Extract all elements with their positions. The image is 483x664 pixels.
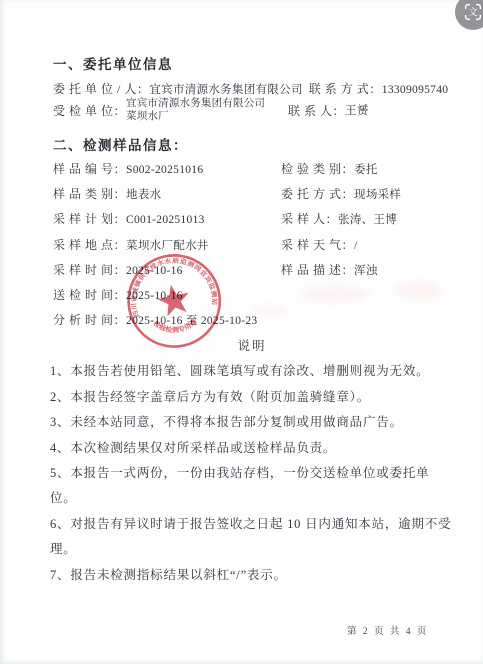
- ink-smudge: [395, 282, 443, 300]
- ink-smudge: [300, 286, 370, 302]
- field-value: 张涛、王博: [338, 214, 397, 226]
- field-value: 现场采样: [354, 189, 401, 201]
- notes-title: 说明: [50, 334, 454, 359]
- field-value: /: [354, 240, 358, 252]
- field-value: S002-20251016: [126, 164, 203, 176]
- ocr-extract-text-button[interactable]: 文: [455, 0, 483, 30]
- field-label: 样 品 类 别：: [53, 187, 126, 201]
- field-value: C001-20251013: [126, 214, 205, 226]
- client-row: 委 托 单 位 / 人： 宜宾市清源水务集团有限公司 联 系 方 式： 1330…: [53, 80, 454, 97]
- sample-info-row: 采 样 地 点：菜坝水厂配水井 采 样 天 气：/: [53, 236, 453, 254]
- sample-info-row: 送 检 时 间：2025-10-16: [53, 286, 453, 304]
- field-value: 2025-10-16: [126, 290, 183, 302]
- field-label: 样 品 描 述：: [281, 263, 354, 277]
- inspected-value-line2: 菜坝水厂: [126, 110, 288, 123]
- field-label: 送 检 时 间：: [53, 288, 126, 302]
- client-contact-label: 联 系 方 式：: [309, 80, 382, 97]
- client-label: 委 托 单 位 / 人：: [53, 80, 149, 97]
- scanned-report-page: 文 一、委托单位信息 委 托 单 位 / 人： 宜宾市清源水务集团有限公司 联 …: [0, 0, 483, 664]
- field-label: 采 样 天 气：: [281, 238, 354, 252]
- note-item: 3、未经本站同意，不得将本报告部分复制或用做商品广告。: [50, 410, 454, 435]
- sample-info-row: 样 品 编 号：S002-20251016 检 验 类 别：委托: [53, 160, 453, 178]
- note-item: 6、对报告有异议时请于报告签收之日起 10 日内通知本站，逾期不受理。: [50, 512, 454, 563]
- inspected-contact-value: 王赟: [345, 102, 369, 118]
- note-item: 4、本次检测结果仅对所采样品或送检样品负责。: [50, 436, 454, 461]
- field-value: 2025-10-16 至 2025-10-23: [126, 315, 257, 327]
- inspected-value: 宜宾市清源水务集团有限公司 菜坝水厂: [126, 97, 288, 123]
- note-item: 7、报告未检测指标结果以斜杠“/”表示。: [50, 563, 454, 588]
- note-item: 2、本报告经签字盖章后方为有效（附页加盖骑缝章）。: [50, 385, 454, 410]
- field-value: 地表水: [126, 189, 161, 201]
- field-label: 分 析 时 间：: [53, 313, 126, 327]
- note-item: 1、本报告若使用铅笔、圆珠笔填写或有涂改、增删则视为无效。: [50, 359, 454, 384]
- field-label: 采 样 计 划：: [53, 212, 126, 226]
- svg-text:文: 文: [468, 6, 478, 18]
- inspected-value-line1: 宜宾市清源水务集团有限公司: [126, 97, 288, 110]
- page-number: 第 2 页 共 4 页: [347, 623, 428, 637]
- field-value: 菜坝水厂配水井: [126, 240, 209, 252]
- field-value: 委托: [354, 164, 378, 176]
- ink-smudge: [250, 305, 290, 317]
- inspected-row: 受 检 单 位： 宜宾市清源水务集团有限公司 菜坝水厂 联 系 人： 王赟: [53, 97, 369, 123]
- field-label: 采 样 地 点：: [53, 238, 126, 252]
- text-scan-icon: 文: [462, 1, 483, 23]
- notes-section: 说明 1、本报告若使用铅笔、圆珠笔填写或有涂改、增删则视为无效。 2、本报告经签…: [50, 334, 454, 588]
- note-item: 5、本报告一式两份，一份由我站存档，一份交送检单位或委托单位。: [50, 461, 454, 512]
- client-value: 宜宾市清源水务集团有限公司: [149, 81, 302, 97]
- sample-info-row: 采 样 计 划：C001-20251013 采 样 人：张涛、王博: [53, 210, 453, 228]
- field-label: 采 样 时 间：: [53, 263, 126, 277]
- field-label: 检 验 类 别：: [281, 162, 354, 176]
- client-contact-value: 13309095740: [382, 84, 449, 96]
- sample-info-row: 样 品 类 别：地表水 委 托 方 式：现场采样: [53, 185, 453, 203]
- sample-info-row: 采 样 时 间：2025-10-16 样 品 描 述：浑浊: [53, 261, 453, 279]
- section1-title: 一、委托单位信息: [53, 53, 173, 73]
- field-value: 浑浊: [354, 265, 378, 277]
- field-label: 样 品 编 号：: [53, 162, 126, 176]
- section2-title: 二、检测样品信息：: [53, 134, 188, 154]
- field-label: 委 托 方 式：: [281, 187, 354, 201]
- field-value: 2025-10-16: [126, 265, 183, 277]
- field-label: 采 样 人：: [281, 212, 338, 226]
- inspected-contact-label: 联 系 人：: [288, 102, 345, 119]
- inspected-label: 受 检 单 位：: [53, 102, 126, 119]
